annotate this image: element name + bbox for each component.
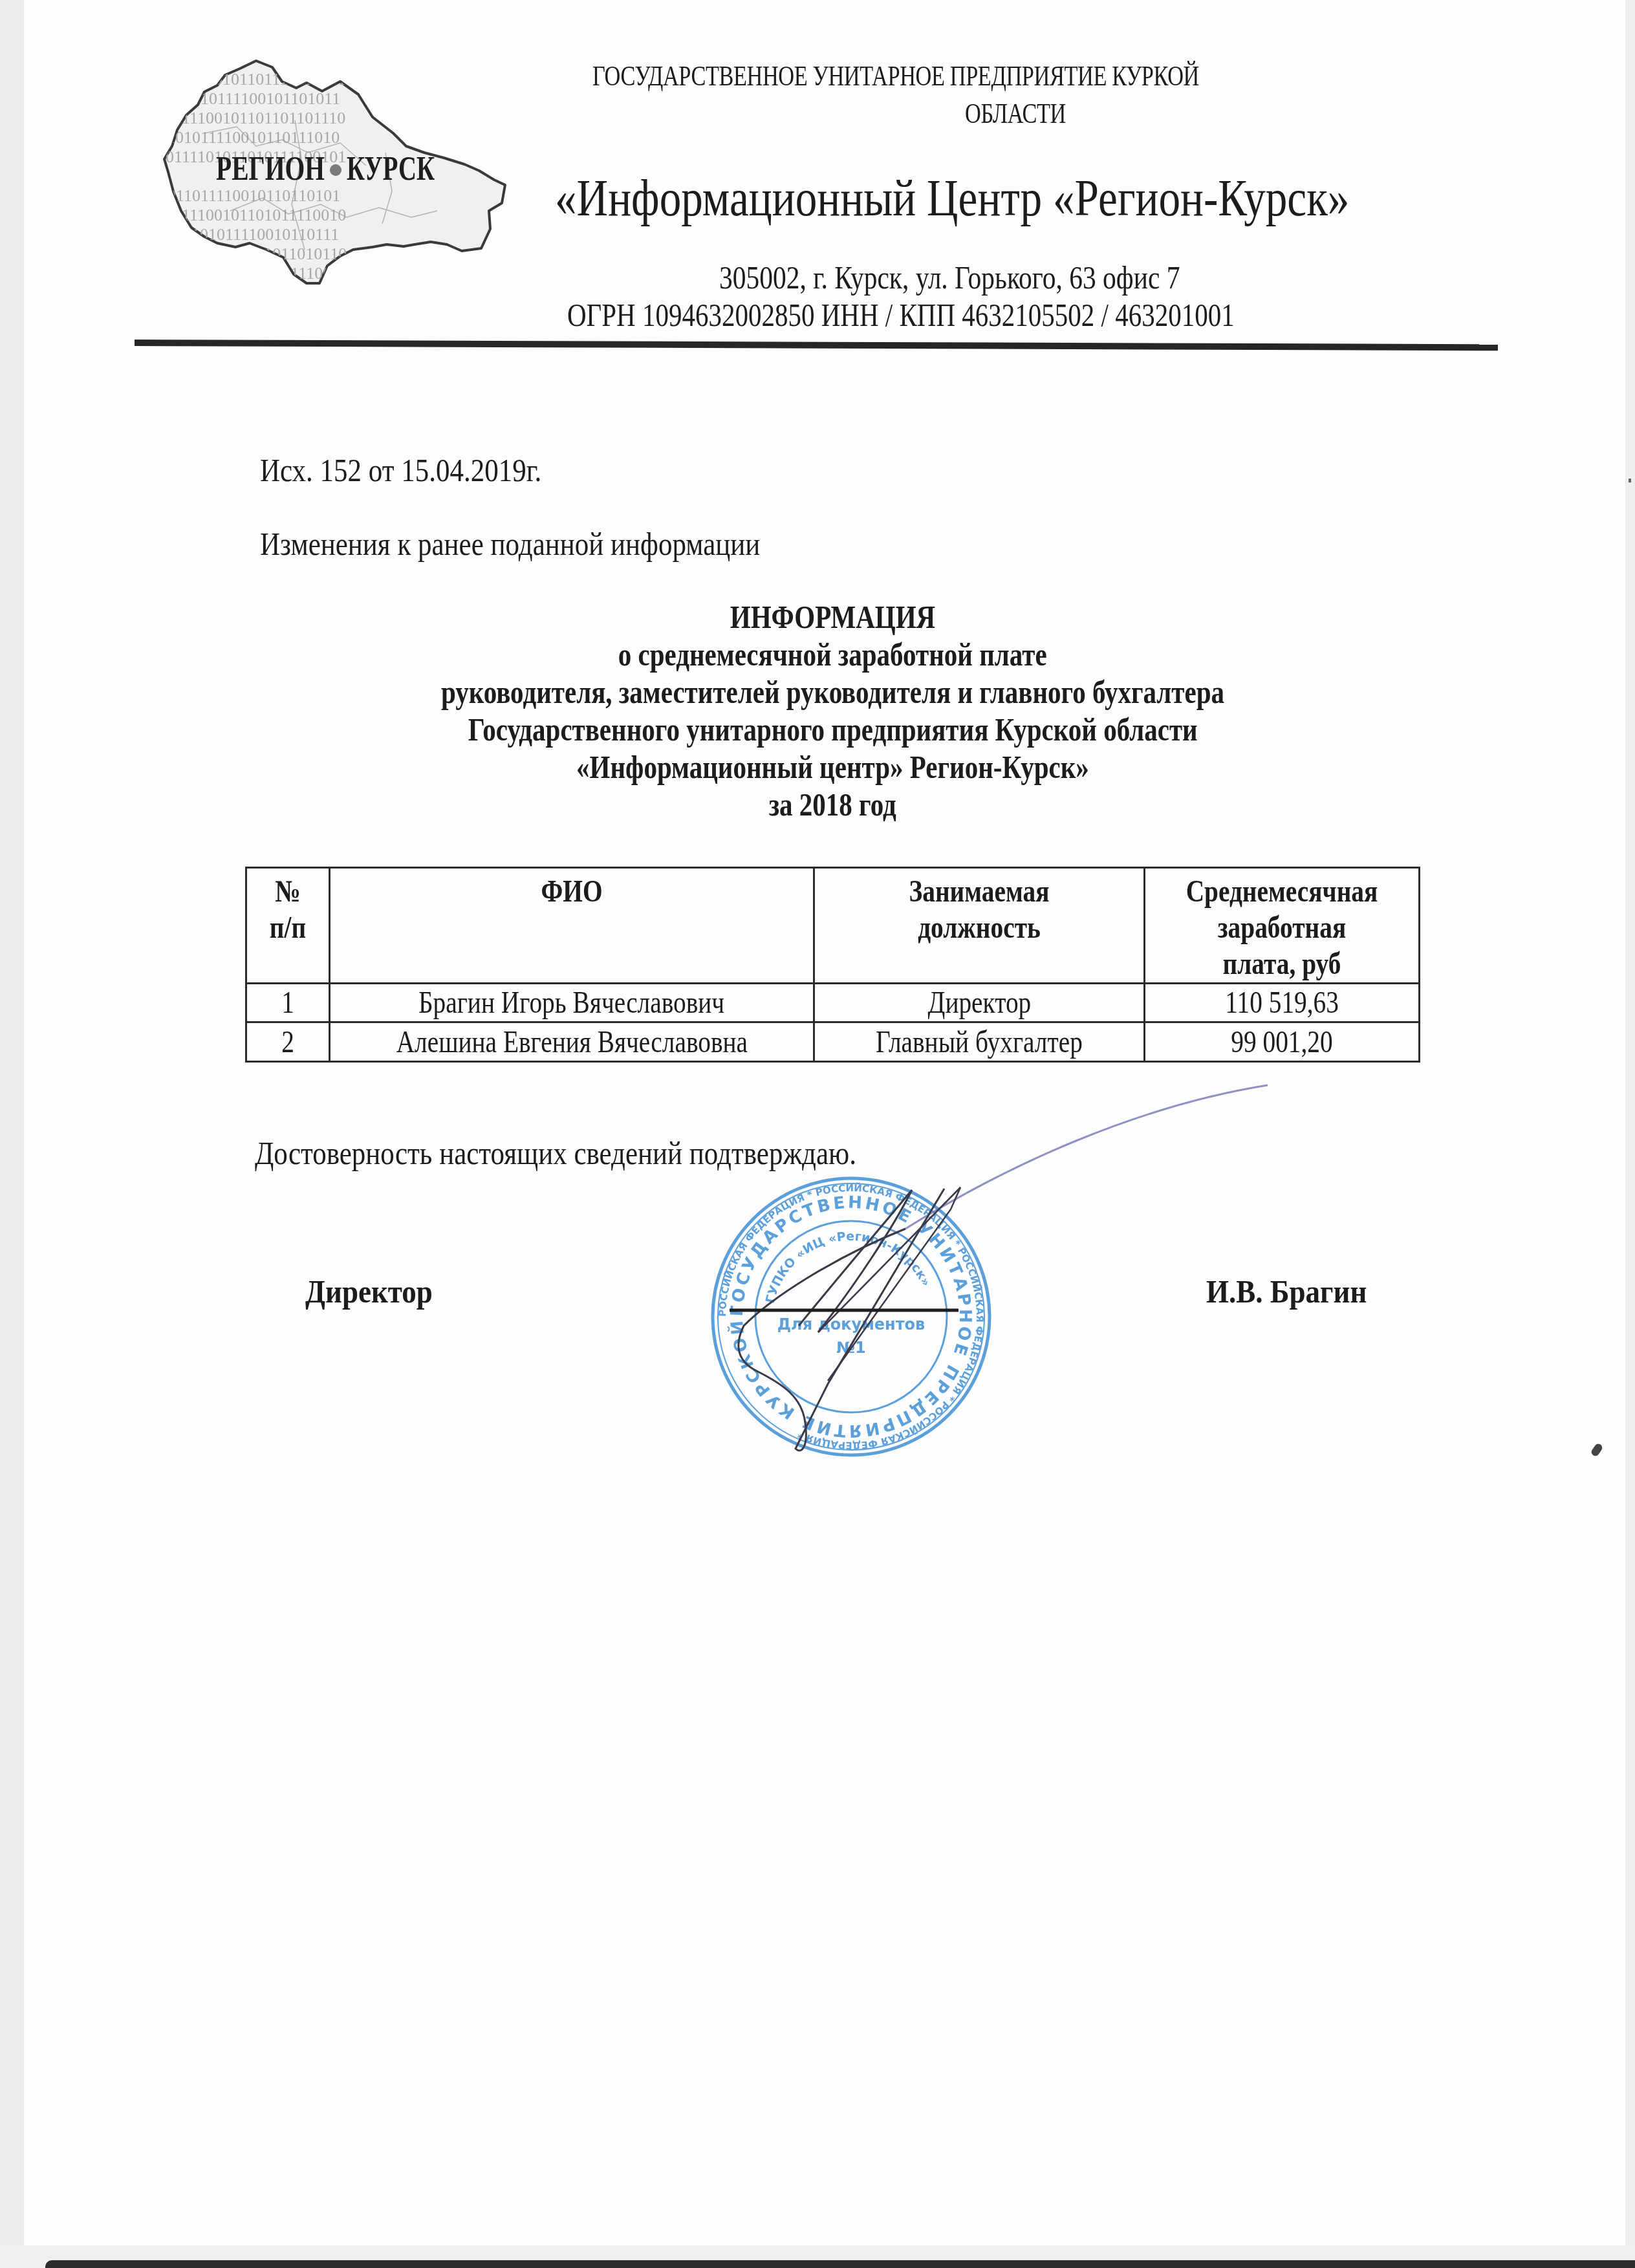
salary-table: № п/п ФИО Занимаемая должность Среднемес… [245, 867, 1420, 1063]
cell-number: 1 [246, 984, 330, 1022]
table-header-row: № п/п ФИО Занимаемая должность Среднемес… [246, 868, 1420, 984]
table-row: 2 Алешина Евгения Вячеславовна Главный б… [246, 1022, 1420, 1062]
outgoing-number: Исх. 152 от 15.04.2019г. [260, 451, 541, 489]
svg-text:0110101111001011010110: 0110101111001011010110 [166, 244, 347, 263]
org-title: «Информационный Центр «Регион-Курск» [555, 169, 1349, 228]
scan-speck [1629, 479, 1631, 482]
svg-text:1101011110010110111010: 1101011110010110111010 [159, 128, 340, 147]
scan-edge-left [0, 0, 24, 2268]
cell-position: Директор [814, 984, 1145, 1022]
cell-salary: 110 519,63 [1145, 984, 1420, 1022]
svg-text:0111100101101011110010: 0111100101101011110010 [166, 206, 346, 224]
table-row: 1 Брагин Игорь Вячеславович Директор 110… [246, 984, 1420, 1022]
title-line: о среднемесячной заработной плате [246, 636, 1420, 673]
org-registration: ОГРН 1094632002850 ИНН / КПП 4632105502 … [567, 296, 1235, 334]
svg-text:РЕГИОН: РЕГИОН [216, 151, 325, 188]
region-kursk-logo: 0111100101101110110101 10110101111001011… [153, 56, 528, 288]
svg-text:1011011110010110110101: 1011011110010110110101 [159, 186, 340, 205]
cell-number: 2 [246, 1022, 330, 1062]
round-seal-icon: РОССИЙСКАЯ ФЕДЕРАЦИЯ * РОССИЙСКАЯ ФЕДЕРА… [710, 1176, 992, 1458]
subject-line: Изменения к ранее поданной информации [260, 525, 760, 563]
stamp-text-purpose: Для документов [777, 1315, 926, 1334]
svg-text:0111100101101110110101: 0111100101101110110101 [166, 70, 346, 89]
org-name-line2: ОБЛАСТИ [965, 97, 1066, 130]
cell-position: Главный бухгалтер [814, 1022, 1145, 1062]
signatory-name: И.В. Брагин [1206, 1273, 1367, 1310]
svg-text:1011110010110101111001: 1011110010110101111001 [159, 264, 340, 283]
svg-text:1101101011110010110111: 1101101011110010110111 [159, 225, 339, 244]
org-name-line1: ГОСУДАРСТВЕННОЕ УНИТАРНОЕ ПРЕДПРИЯТИЕ КУ… [592, 59, 1199, 92]
confirmation-statement: Достоверность настоящих сведений подтвер… [255, 1134, 856, 1172]
org-address: 305002, г. Курск, ул. Горького, 63 офис … [719, 259, 1180, 296]
title-line: «Информационный центр» Регион-Курск» [246, 748, 1420, 786]
title-line: руководителя, заместителей руководителя … [246, 673, 1420, 711]
kursk-region-map-icon: 0111100101101110110101 10110101111001011… [153, 56, 528, 288]
cell-name: Алешина Евгения Вячеславовна [330, 1022, 814, 1062]
header-salary: Среднемесячная заработная плата, руб [1145, 868, 1420, 984]
header-name: ФИО [330, 868, 814, 984]
scan-edge-right [1625, 0, 1635, 2268]
title-year: за 2018 год [246, 786, 1420, 823]
svg-text:0111100101101101101110: 0111100101101101101110 [166, 109, 345, 127]
official-stamp: РОССИЙСКАЯ ФЕДЕРАЦИЯ * РОССИЙСКАЯ ФЕДЕРА… [710, 1176, 992, 1458]
stamp-text-number: №1 [836, 1339, 866, 1357]
svg-text:1011010111100101101011: 1011010111100101101011 [159, 89, 340, 108]
letterhead-divider [135, 340, 1498, 351]
document-title: ИНФОРМАЦИЯ о среднемесячной заработной п… [246, 598, 1420, 823]
title-heading: ИНФОРМАЦИЯ [246, 598, 1420, 636]
scan-shadow-bottom [45, 2260, 1635, 2268]
title-line: Государственного унитарного предприятия … [246, 711, 1420, 748]
header-number: № п/п [246, 868, 330, 984]
svg-text:КУРСК: КУРСК [347, 151, 435, 188]
scan-speck [1590, 1442, 1603, 1457]
signatory-position: Директор [305, 1273, 433, 1310]
cell-salary: 99 001,20 [1145, 1022, 1420, 1062]
cell-name: Брагин Игорь Вячеславович [330, 984, 814, 1022]
header-position: Занимаемая должность [814, 868, 1145, 984]
